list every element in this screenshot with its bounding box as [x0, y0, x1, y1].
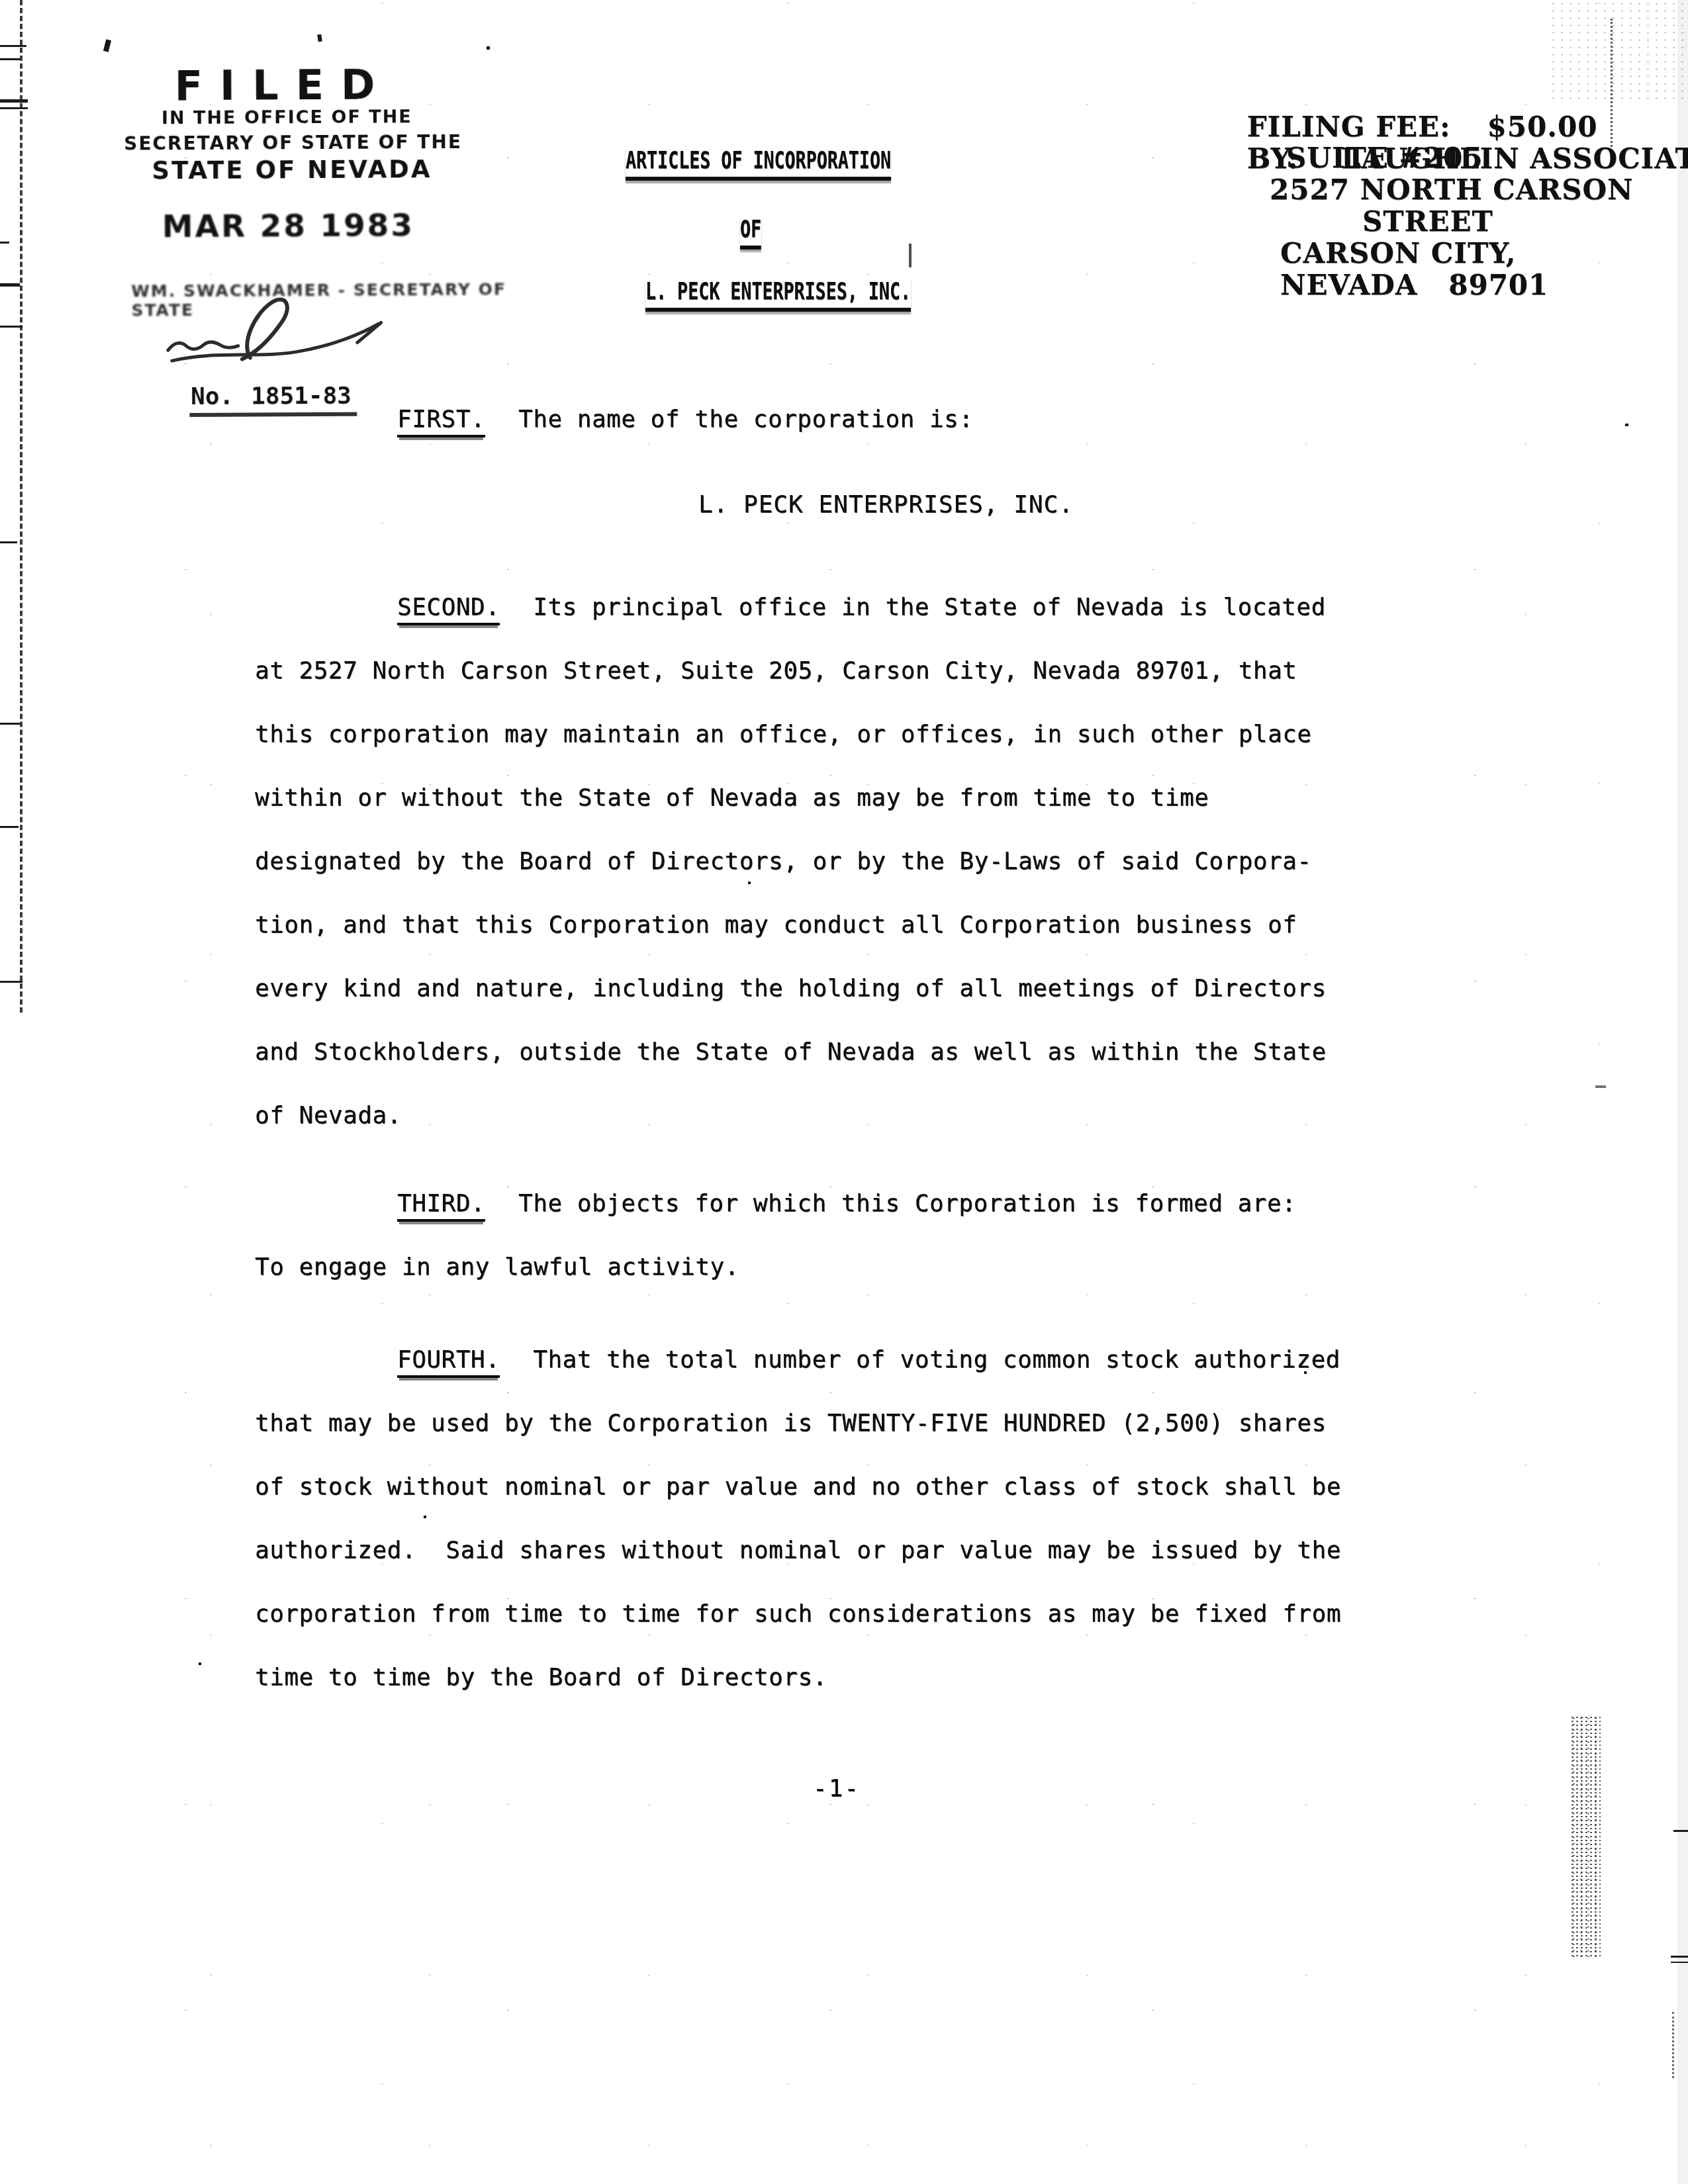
- scan-tick: [1673, 1830, 1688, 1832]
- paragraph-heading: FIRST.: [397, 406, 485, 437]
- filed-stamp-office-line2: SECRETARY OF STATE OF THE: [124, 131, 462, 155]
- paragraph-line: THIRD.The objects for which this Corpora…: [255, 1172, 1380, 1236]
- paragraph-line: within or without the State of Nevada as…: [255, 766, 1380, 830]
- paragraph-line: tion, and that this Corporation may cond…: [255, 893, 1380, 957]
- scan-binder-edge-line: [20, 0, 23, 1013]
- paragraph-second: SECOND.Its principal office in the State…: [255, 576, 1380, 1148]
- ink-speck: [487, 46, 490, 50]
- document-title-line2: OF: [740, 216, 769, 250]
- paragraph-line: time to time by the Board of Directors.: [255, 1646, 1380, 1709]
- paragraph-line: authorized. Said shares without nominal …: [255, 1519, 1380, 1582]
- filed-stamp-word: FILED: [175, 60, 393, 110]
- scan-edge-shadow: [1677, 0, 1688, 2184]
- paragraph-fourth: FOURTH.That the total number of voting c…: [255, 1328, 1380, 1709]
- agent-suite: SUITE #205: [1286, 142, 1483, 174]
- scan-tick: [0, 826, 19, 828]
- scan-tick: [0, 283, 20, 287]
- agent-street1: 2527 NORTH CARSON: [1270, 173, 1633, 206]
- ink-speck: [1595, 1085, 1606, 1088]
- scan-tick: [0, 45, 26, 47]
- paragraph-heading: FOURTH.: [397, 1346, 500, 1378]
- scan-tick: [0, 99, 28, 103]
- paragraph-line: of stock without nominal or par value an…: [255, 1455, 1380, 1519]
- filed-stamp-office-line3: STATE OF NEVADA: [152, 155, 432, 185]
- document-title-line3: L. PECK ENTERPRISES, INC.: [645, 278, 1004, 312]
- ink-speck: [199, 1662, 201, 1665]
- scan-dotted-line-bottom-right: [1672, 2012, 1674, 2078]
- paragraph-line: that may be used by the Corporation is T…: [255, 1392, 1380, 1455]
- paragraph-line: designated by the Board of Directors, or…: [255, 830, 1380, 893]
- filing-number-label: No.: [191, 383, 234, 410]
- paragraph-line: at 2527 North Carson Street, Suite 205, …: [255, 639, 1380, 703]
- agent-state-zip: NEVADA 89701: [1280, 269, 1548, 301]
- scan-tick: [0, 541, 17, 543]
- paragraph-line: every kind and nature, including the hol…: [255, 957, 1380, 1021]
- paragraph-line: FOURTH.That the total number of voting c…: [255, 1328, 1380, 1392]
- agent-city: CARSON CITY,: [1280, 237, 1516, 269]
- ink-speck: [317, 34, 322, 42]
- scan-speckle-band: [1570, 1715, 1601, 1957]
- paragraph-line: and Stockholders, outside the State of N…: [255, 1021, 1380, 1084]
- paragraph-heading: THIRD.: [397, 1190, 485, 1222]
- page-number: -1-: [813, 1775, 860, 1802]
- corporation-name-value: L. PECK ENTERPRISES, INC.: [698, 491, 1074, 518]
- scanned-document-page: FILED IN THE OFFICE OF THE SECRETARY OF …: [0, 0, 1688, 2184]
- filed-stamp-date: MAR 28 1983: [162, 207, 415, 245]
- secretary-signature: [162, 293, 388, 373]
- document-title-line1: ARTICLES OF INCORPORATION: [626, 147, 984, 181]
- paragraph-line: of Nevada.: [255, 1084, 1380, 1148]
- paragraph-line: FIRST.The name of the corporation is:: [255, 388, 1380, 451]
- scan-tick: [0, 107, 28, 109]
- paragraph-line: corporation from time to time for such c…: [255, 1582, 1380, 1646]
- ink-speck: [1625, 424, 1628, 426]
- filed-stamp-office-line1: IN THE OFFICE OF THE: [162, 107, 412, 128]
- paragraph-third: THIRD.The objects for which this Corpora…: [255, 1172, 1380, 1299]
- scan-tick: [1671, 1956, 1688, 1958]
- scan-tick: [1671, 1962, 1688, 1963]
- agent-street2: STREET: [1362, 205, 1493, 238]
- paragraph-first: FIRST.The name of the corporation is:: [255, 388, 1380, 451]
- filed-stamp: FILED IN THE OFFICE OF THE SECRETARY OF …: [99, 60, 538, 432]
- scan-tick: [0, 58, 20, 60]
- paragraph-line: SECOND.Its principal office in the State…: [255, 576, 1380, 639]
- scan-tick: [0, 981, 23, 983]
- ink-speck: [103, 39, 111, 52]
- ink-speck: [909, 244, 912, 267]
- paragraph-line: To engage in any lawful activity.: [255, 1236, 1380, 1299]
- scan-tick: [0, 326, 23, 328]
- scan-tick: [0, 723, 20, 725]
- scan-tick: [0, 242, 9, 244]
- paragraph-line: this corporation may maintain an office,…: [255, 703, 1380, 766]
- paragraph-heading: SECOND.: [397, 594, 500, 625]
